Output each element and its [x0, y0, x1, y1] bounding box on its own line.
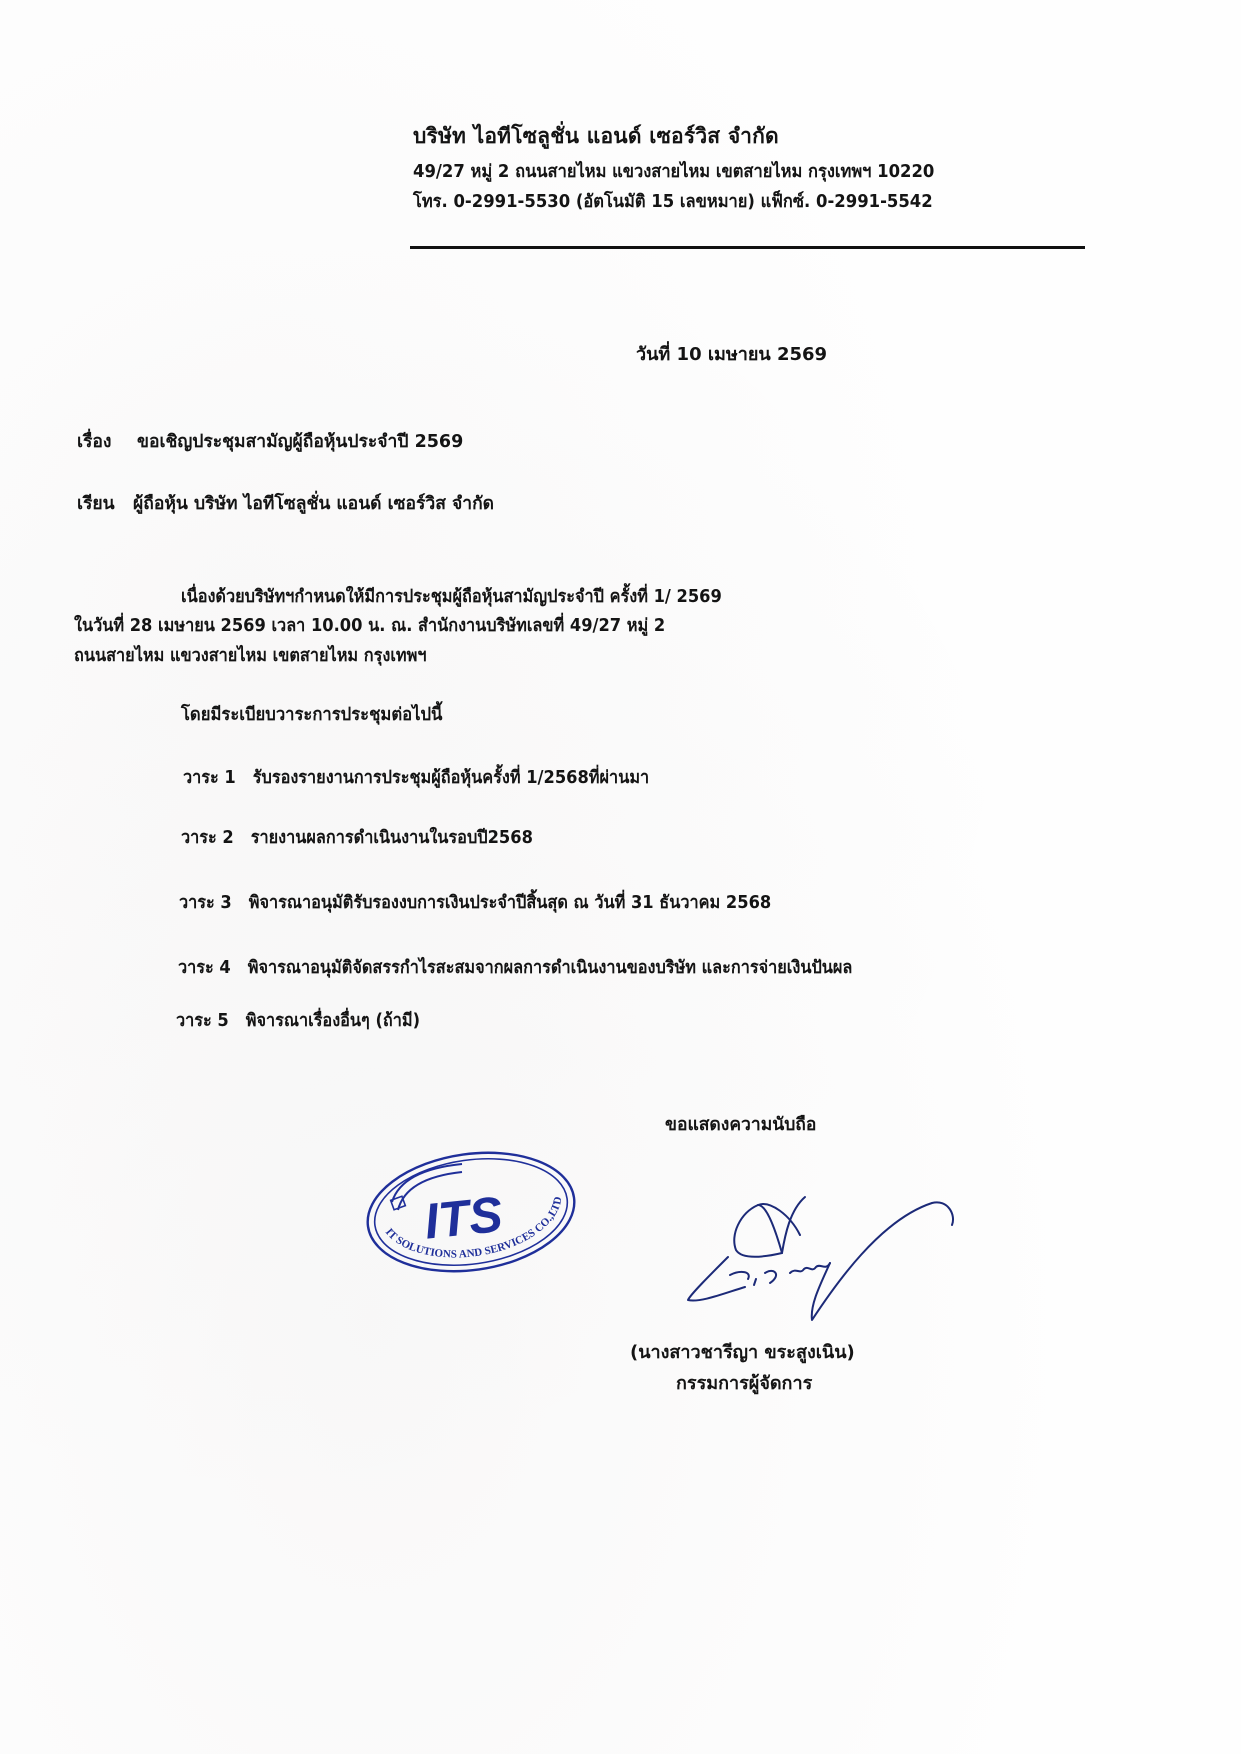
agenda-item-label: วาระ 4	[178, 960, 248, 978]
company-name: บริษัท ไอทีโซลูชั่น แอนด์ เซอร์วิส จำกัด	[413, 126, 779, 147]
agenda-intro: โดยมีระเบียบวาระการประชุมต่อไปนี้	[181, 707, 442, 725]
agenda-item-label: วาระ 2	[181, 830, 251, 848]
signature-icon	[670, 1175, 960, 1325]
body-line: ในวันที่ 28 เมษายน 2569 เวลา 10.00 น. ณ.…	[74, 618, 665, 636]
stamp-logo-text: ITS	[422, 1186, 505, 1250]
agenda-item: วาระ 3พิจารณาอนุมัติรับรองงบการเงินประจำ…	[179, 895, 771, 913]
agenda-item-label: วาระ 1	[183, 770, 253, 788]
agenda-item: วาระ 2รายงานผลการดำเนินงานในรอบปี2568	[181, 830, 533, 848]
agenda-item-text: พิจารณาอนุมัติรับรองงบการเงินประจำปีสิ้น…	[249, 893, 771, 913]
agenda-item-text: รายงานผลการดำเนินงานในรอบปี2568	[251, 828, 533, 848]
company-contact: โทร. 0-2991-5530 (อัตโนมัติ 15 เลขหมาย) …	[413, 194, 933, 212]
agenda-item: วาระ 5พิจารณาเรื่องอื่นๆ (ถ้ามี)	[176, 1013, 420, 1031]
agenda-item: วาระ 1รับรองรายงานการประชุมผู้ถือหุ้นครั…	[183, 770, 649, 788]
body-line: เนื่องด้วยบริษัทฯกำหนดให้มีการประชุมผู้ถ…	[181, 589, 722, 607]
letter-date: วันที่ 10 เมษายน 2569	[636, 346, 827, 364]
signer-position: กรรมการผู้จัดการ	[676, 1375, 812, 1393]
subject-label: เรื่อง	[77, 434, 111, 452]
subject-text: ขอเชิญประชุมสามัญผู้ถือหุ้นประจำปี 2569	[137, 434, 463, 452]
company-address: 49/27 หมู่ 2 ถนนสายไหม แขวงสายไหม เขตสาย…	[413, 164, 934, 182]
body-line: ถนนสายไหม แขวงสายไหม เขตสายไหม กรุงเทพฯ	[74, 648, 427, 666]
document-page: บริษัท ไอทีโซลูชั่น แอนด์ เซอร์วิส จำกัด…	[0, 0, 1241, 1754]
company-stamp-icon: ITS IT SOLUTIONS AND SERVICES CO.,LTD.	[362, 1150, 580, 1274]
agenda-item-text: รับรองรายงานการประชุมผู้ถือหุ้นครั้งที่ …	[253, 768, 649, 788]
agenda-item-label: วาระ 5	[176, 1013, 246, 1031]
recipient-text: ผู้ถือหุ้น บริษัท ไอทีโซลูชั่น แอนด์ เซอ…	[133, 496, 494, 514]
agenda-item-text: พิจารณาเรื่องอื่นๆ (ถ้ามี)	[246, 1011, 420, 1031]
agenda-item-text: พิจารณาอนุมัติจัดสรรกำไรสะสมจากผลการดำเน…	[248, 958, 853, 978]
closing-salutation: ขอแสดงความนับถือ	[665, 1117, 816, 1135]
agenda-item-label: วาระ 3	[179, 895, 249, 913]
recipient-label: เรียน	[77, 496, 115, 514]
agenda-item: วาระ 4พิจารณาอนุมัติจัดสรรกำไรสะสมจากผลก…	[178, 960, 852, 978]
letterhead-divider	[410, 246, 1085, 249]
signer-name: (นางสาวชารีญา ขระสูงเนิน)	[630, 1344, 855, 1362]
